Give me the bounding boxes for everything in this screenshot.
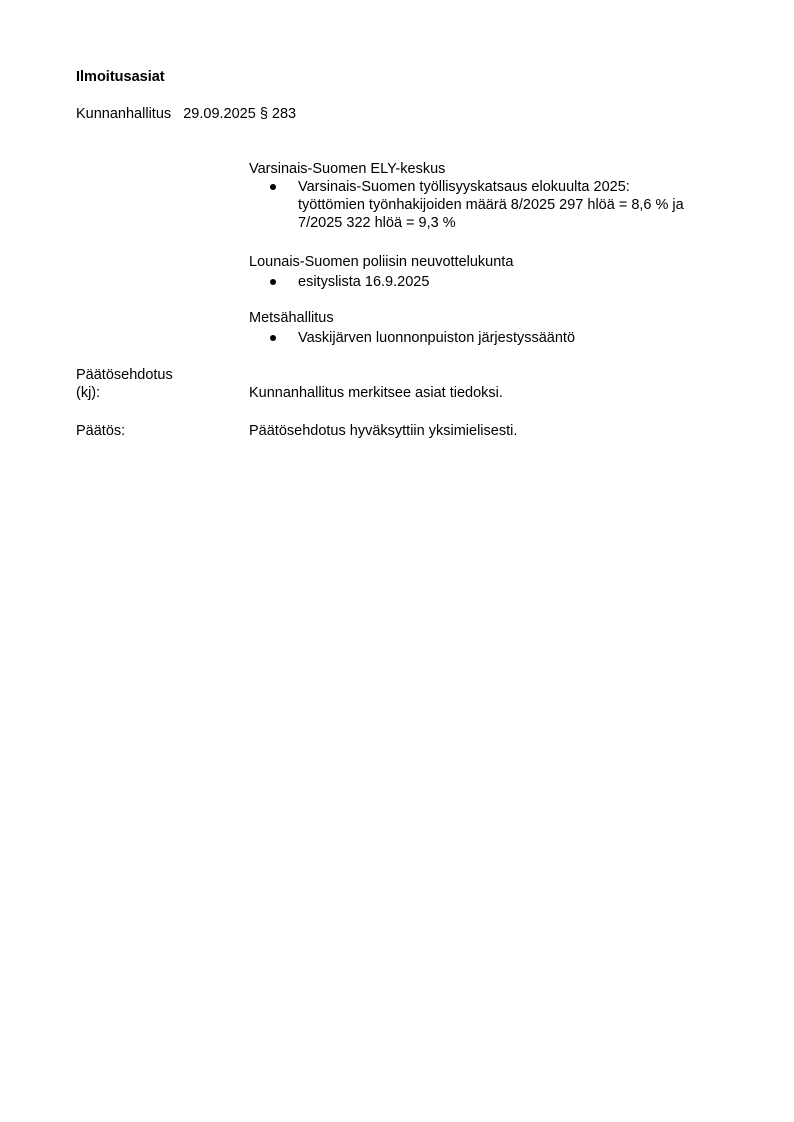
- proposal-text: Kunnanhallitus merkitsee asiat tiedoksi.: [249, 384, 503, 402]
- decision-text: Päätösehdotus hyväksyttiin yksimielisest…: [249, 422, 517, 440]
- document-heading: Ilmoitusasiat: [76, 68, 165, 86]
- meeting-body: Kunnanhallitus: [76, 106, 171, 122]
- decision-label: Päätös:: [76, 422, 125, 440]
- section-source-police: Lounais-Suomen poliisin neuvottelukunta: [249, 253, 513, 271]
- bullet-icon: [270, 184, 276, 190]
- proposal-label-line1: Päätösehdotus: [76, 366, 173, 384]
- bullet-icon: [270, 335, 276, 341]
- bullet-line: esityslista 16.9.2025: [298, 273, 429, 291]
- proposal-label-line2: (kj):: [76, 384, 100, 402]
- bullet-line: työttömien työnhakijoiden määrä 8/2025 2…: [298, 196, 684, 214]
- bullet-line: Varsinais-Suomen työllisyyskatsaus eloku…: [298, 178, 630, 196]
- bullet-line: 7/2025 322 hlöä = 9,3 %: [298, 214, 456, 232]
- bullet-line: Vaskijärven luonnonpuiston järjestyssään…: [298, 329, 575, 347]
- section-source-metsahallitus: Metsähallitus: [249, 309, 334, 327]
- bullet-icon: [270, 279, 276, 285]
- meeting-reference: Kunnanhallitus 29.09.2025 § 283: [76, 105, 296, 123]
- section-source-ely: Varsinais-Suomen ELY-keskus: [249, 160, 445, 178]
- meeting-date-section: 29.09.2025 § 283: [183, 106, 296, 122]
